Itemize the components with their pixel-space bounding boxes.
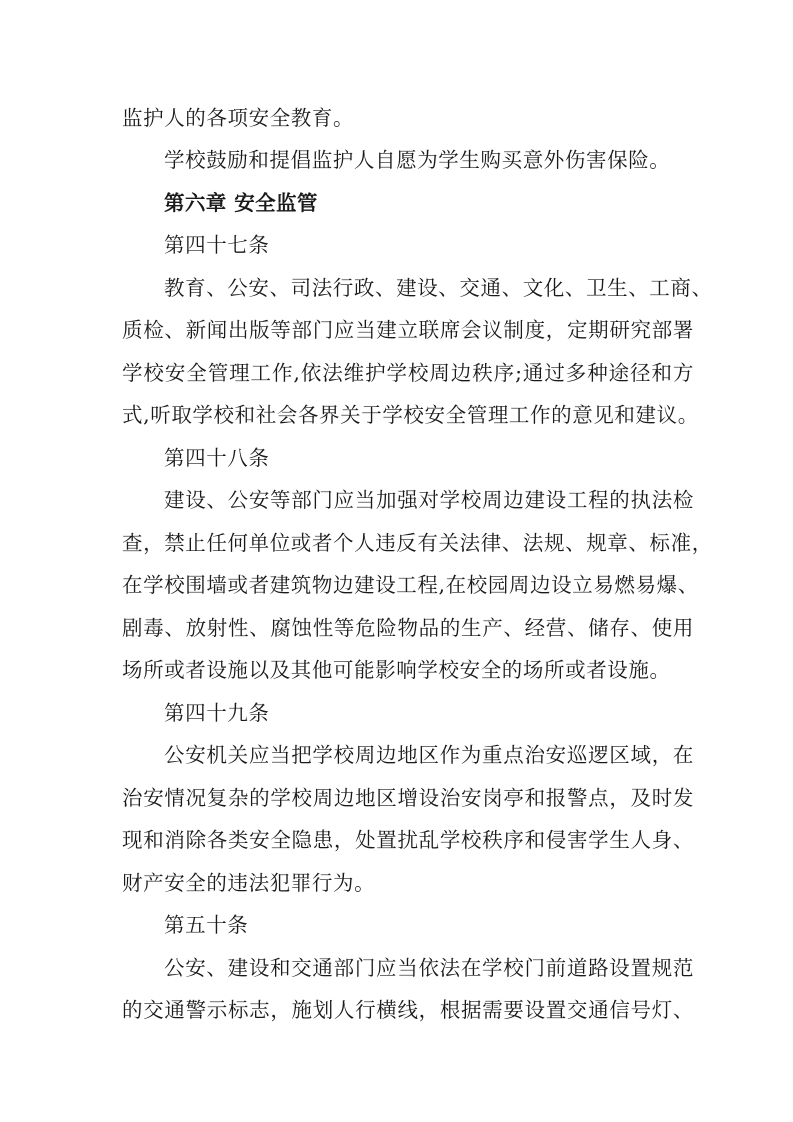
paragraph-line: 现和消除各类安全隐患，处置扰乱学校秩序和侵害学生人身、 xyxy=(122,825,694,855)
paragraph-line: 剧毒、放射性、腐蚀性等危险物品的生产、经营、储存、使用 xyxy=(122,613,694,643)
paragraph-line: 公安机关应当把学校周边地区作为重点治安巡逻区域，在 xyxy=(164,740,694,770)
paragraph-line: 场所或者设施以及其他可能影响学校安全的场所或者设施。 xyxy=(122,655,694,685)
paragraph-line: 学校安全管理工作,依法维护学校周边秩序;通过多种途径和方 xyxy=(122,358,694,388)
paragraph-line: 查，禁止任何单位或者个人违反有关法律、法规、规章、标准， xyxy=(122,528,694,558)
paragraph-line: 教育、公安、司法行政、建设、交通、文化、卫生、工商、 xyxy=(164,273,694,303)
paragraph-line: 质检、新闻出版等部门应当建立联席会议制度，定期研究部署 xyxy=(122,315,694,345)
article-title: 第四十八条 xyxy=(164,443,694,473)
paragraph-line: 式,听取学校和社会各界关于学校安全管理工作的意见和建议。 xyxy=(122,400,694,430)
paragraph-line: 监护人的各项安全教育。 xyxy=(122,103,694,133)
document-page: 监护人的各项安全教育。 学校鼓励和提倡监护人自愿为学生购买意外伤害保险。 第六章… xyxy=(0,0,793,1122)
article-title: 第五十条 xyxy=(164,910,694,940)
article-title: 第四十九条 xyxy=(164,698,694,728)
paragraph-line: 学校鼓励和提倡监护人自愿为学生购买意外伤害保险。 xyxy=(164,145,694,175)
paragraph-line: 治安情况复杂的学校周边地区增设治安岗亭和报警点，及时发 xyxy=(122,783,694,813)
paragraph-line: 的交通警示标志，施划人行横线，根据需要设置交通信号灯、 xyxy=(122,995,694,1025)
paragraph-line: 建设、公安等部门应当加强对学校周边建设工程的执法检 xyxy=(164,485,694,515)
chapter-heading: 第六章 安全监管 xyxy=(164,188,694,218)
paragraph-line: 在学校围墙或者建筑物边建设工程,在校园周边设立易燃易爆、 xyxy=(122,570,694,600)
paragraph-line: 财产安全的违法犯罪行为。 xyxy=(122,868,694,898)
paragraph-line: 公安、建设和交通部门应当依法在学校门前道路设置规范 xyxy=(164,953,694,983)
article-title: 第四十七条 xyxy=(164,230,694,260)
